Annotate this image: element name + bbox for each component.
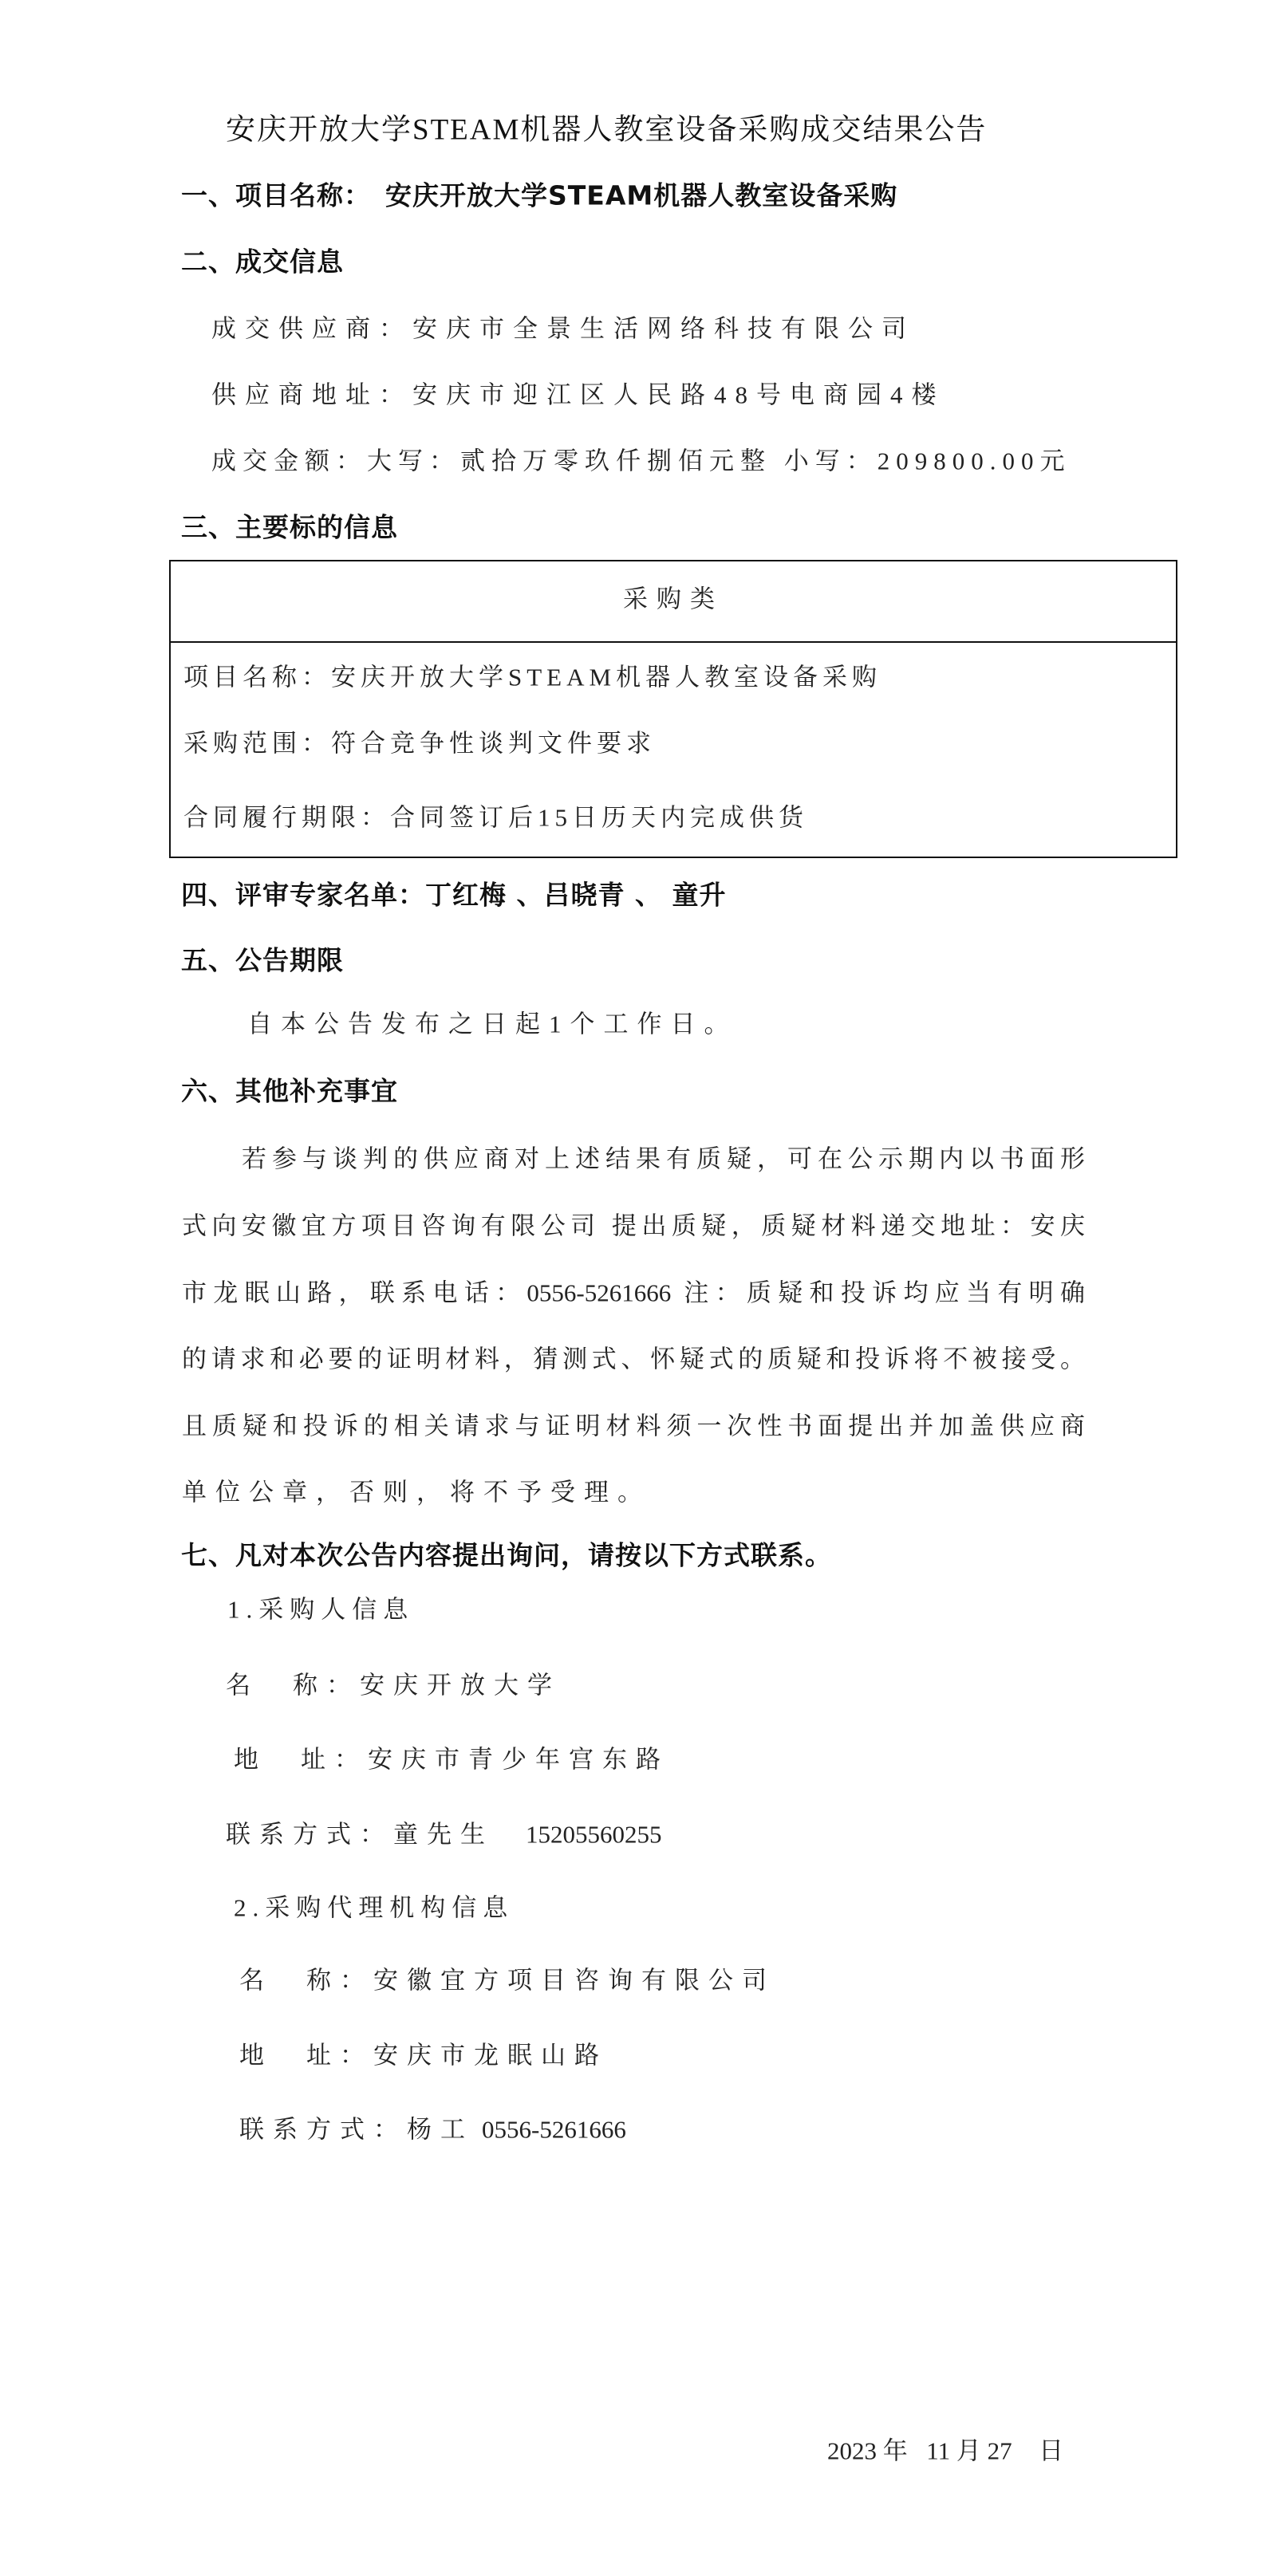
supplier-line: 成交供应商：安庆市全景生活网络科技有限公司 bbox=[211, 317, 915, 341]
section-3-heading: 三、主要标的信息 bbox=[181, 514, 398, 541]
date-day-unit: 日 bbox=[1039, 2437, 1063, 2465]
purchaser-name-line: 名称：安庆开放大学 bbox=[226, 1673, 561, 1698]
date-year-unit: 年 bbox=[883, 2437, 908, 2465]
purchaser-name-value: 安庆开放大学 bbox=[360, 1672, 561, 1700]
section-6-heading: 六、其他补充事宜 bbox=[181, 1078, 398, 1105]
agency-address-value: 安庆市龙眠山路 bbox=[373, 2042, 608, 2070]
paragraph-line: 式向安徽宜方项目咨询有限公司 提出质疑，质疑材料递交地址：安庆 bbox=[182, 1214, 1085, 1239]
date-day: 27 bbox=[988, 2437, 1012, 2465]
announcement-date: 2023 年 11 月 27 日 bbox=[827, 2439, 1063, 2464]
section-1-heading: 一、项目名称：安庆开放大学STEAM机器人教室设备采购 bbox=[181, 183, 897, 209]
supplier-address-line: 供应商地址：安庆市迎江区人民路48号电商园4楼 bbox=[211, 383, 945, 408]
contact-label: 联系方式： bbox=[226, 1821, 393, 1849]
name-label-char-2: 称： bbox=[306, 1967, 373, 1995]
section-4-expert-list: 四、评审专家名单：丁红梅 、吕晓青 、 童升 bbox=[181, 882, 726, 908]
date-month-unit: 月 bbox=[956, 2437, 981, 2465]
table-row-contract-period: 合同履行期限：合同签订后15日历天内完成供货 bbox=[183, 805, 808, 830]
table-row-project-name: 项目名称：安庆开放大学STEAM机器人教室设备采购 bbox=[183, 665, 881, 690]
name-label-char-1: 名 bbox=[239, 1967, 273, 1995]
section-1-label: 一、项目名称： bbox=[181, 180, 371, 211]
paragraph-line: 且质疑和投诉的相关请求与证明材料须一次性书面提出并加盖供应商 bbox=[182, 1414, 1085, 1439]
section-7-heading: 七、凡对本次公告内容提出询问，请按以下方式联系。 bbox=[181, 1542, 832, 1569]
paragraph-line: 市龙眠山路，联系电话：0556-5261666 注：质疑和投诉均应当有明确 bbox=[182, 1281, 1085, 1306]
purchaser-phone: 15205560255 bbox=[526, 1821, 662, 1849]
announcement-period-text: 自本公告发布之日起1个工作日。 bbox=[247, 1012, 738, 1037]
purchaser-address-line: 地址：安庆市青少年宫东路 bbox=[234, 1747, 669, 1772]
paragraph-line: 的请求和必要的证明材料，猜测式、怀疑式的质疑和投诉将不被接受。 bbox=[182, 1347, 1085, 1372]
agency-contact-person: 杨工 bbox=[407, 2116, 474, 2144]
subject-info-table: 采购类 项目名称：安庆开放大学STEAM机器人教室设备采购 采购范围：符合竞争性… bbox=[169, 560, 1177, 858]
purchaser-address-value: 安庆市青少年宫东路 bbox=[368, 1746, 669, 1774]
address-label-char-1: 地 bbox=[239, 2042, 273, 2070]
address-label-char-1: 地 bbox=[234, 1746, 267, 1774]
name-label-char-2: 称： bbox=[293, 1672, 360, 1700]
table-divider bbox=[171, 641, 1176, 643]
paragraph-line: 单位公章，否则，将不予受理。 bbox=[182, 1480, 1085, 1505]
document-title: 安庆开放大学STEAM机器人教室设备采购成交结果公告 bbox=[226, 116, 987, 145]
agency-address-line: 地址：安庆市龙眠山路 bbox=[239, 2043, 608, 2068]
name-label-char-1: 名 bbox=[226, 1672, 259, 1700]
table-header-cell: 采购类 bbox=[171, 579, 1176, 615]
agency-name-value: 安徽宜方项目咨询有限公司 bbox=[373, 1967, 775, 1995]
address-label-char-2: 址： bbox=[306, 2042, 373, 2070]
purchaser-contact-line: 联系方式：童先生15205560255 bbox=[226, 1822, 662, 1847]
agency-phone: 0556-5261666 bbox=[482, 2116, 626, 2144]
section-2-heading: 二、成交信息 bbox=[181, 249, 344, 275]
table-row-scope: 采购范围：符合竞争性谈判文件要求 bbox=[183, 731, 656, 756]
section-5-heading: 五、公告期限 bbox=[181, 947, 344, 974]
date-year: 2023 bbox=[827, 2437, 877, 2465]
purchaser-contact-person: 童先生 bbox=[393, 1821, 494, 1849]
contact-label: 联系方式： bbox=[239, 2116, 407, 2144]
deal-amount-line: 成交金额：大写：贰拾万零玖仟捌佰元整 小写：209800.00元 bbox=[211, 449, 1071, 474]
agency-contact-line: 联系方式：杨工0556-5261666 bbox=[239, 2117, 626, 2142]
purchaser-info-heading: 1.采购人信息 bbox=[227, 1597, 414, 1622]
agency-name-line: 名称：安徽宜方项目咨询有限公司 bbox=[239, 1968, 775, 1993]
address-label-char-2: 址： bbox=[301, 1746, 368, 1774]
agency-info-heading: 2.采购代理机构信息 bbox=[234, 1896, 514, 1920]
date-month: 11 bbox=[926, 2437, 950, 2465]
paragraph-line: 若参与谈判的供应商对上述结果有质疑，可在公示期内以书面形 bbox=[242, 1147, 1085, 1172]
section-1-project-name: 安庆开放大学STEAM机器人教室设备采购 bbox=[385, 180, 897, 211]
